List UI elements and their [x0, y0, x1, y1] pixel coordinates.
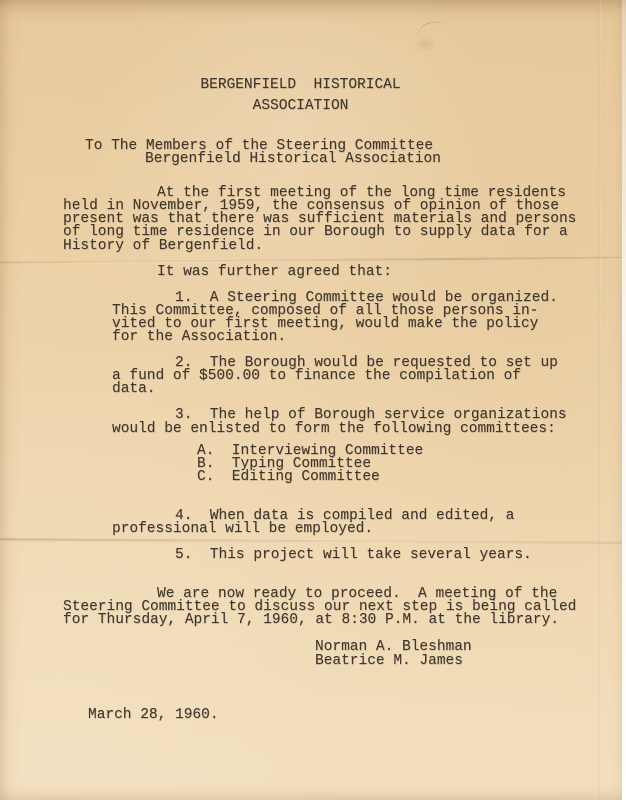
opening-paragraph: At the first meeting of the long time re…	[63, 187, 626, 252]
list-item-line: for the Association.	[112, 331, 626, 344]
list-item-4: 4. When data is compiled and edited, a p…	[63, 510, 626, 536]
list-item-5: 5. This project will take several years.	[63, 549, 626, 562]
document-title: BERGENFIELD HISTORICAL ASSOCIATION	[63, 78, 538, 113]
subcommittee-list: A. Interviewing Committee B. Typing Comm…	[63, 445, 626, 484]
list-item-1: 1. A Steering Committee would be organiz…	[63, 292, 626, 344]
date-line: March 28, 1960.	[63, 709, 626, 722]
signature-name: Beatrice M. James	[315, 655, 626, 668]
list-item-line: a fund of $500.00 to finance the compila…	[112, 370, 626, 383]
list-item-2: 2. The Borough would be requested to set…	[63, 357, 626, 396]
list-item-line: data.	[112, 383, 626, 396]
scan-edge	[622, 0, 626, 800]
paper-fold-crease-lower	[0, 538, 626, 545]
salutation-line: Bergenfield Historical Association	[145, 153, 626, 166]
subcommittee-line: C. Editing Committee	[197, 471, 626, 484]
salutation: To The Members of the Steering Committee…	[63, 140, 626, 166]
signature-block: Norman A. Bleshman Beatrice M. James	[63, 641, 626, 667]
paragraph-line: It was further agreed that:	[157, 266, 626, 279]
list-item-3: 3. The help of Borough service organizat…	[63, 409, 626, 435]
list-item-line: would be enlisted to form the following …	[112, 423, 626, 436]
paper-vertical-crease	[598, 0, 601, 800]
list-item-line: 5. This project will take several years.	[175, 549, 626, 562]
closing-paragraph: We are now ready to proceed. A meeting o…	[63, 588, 626, 627]
paragraph-line: History of Bergenfield.	[63, 240, 626, 253]
document-page: BERGENFIELD HISTORICAL ASSOCIATION To Th…	[0, 0, 626, 800]
document-date: March 28, 1960.	[88, 709, 626, 722]
title-line-2: ASSOCIATION	[63, 99, 538, 113]
title-line-1: BERGENFIELD HISTORICAL	[63, 78, 538, 92]
paragraph-line: for Thursday, April 7, 1960, at 8:30 P.M…	[63, 614, 626, 627]
paper-scratch-mark	[415, 18, 448, 47]
agreement-intro: It was further agreed that:	[63, 266, 626, 279]
list-item-line: professional will be employed.	[112, 523, 626, 536]
paper-smudge	[414, 36, 436, 52]
